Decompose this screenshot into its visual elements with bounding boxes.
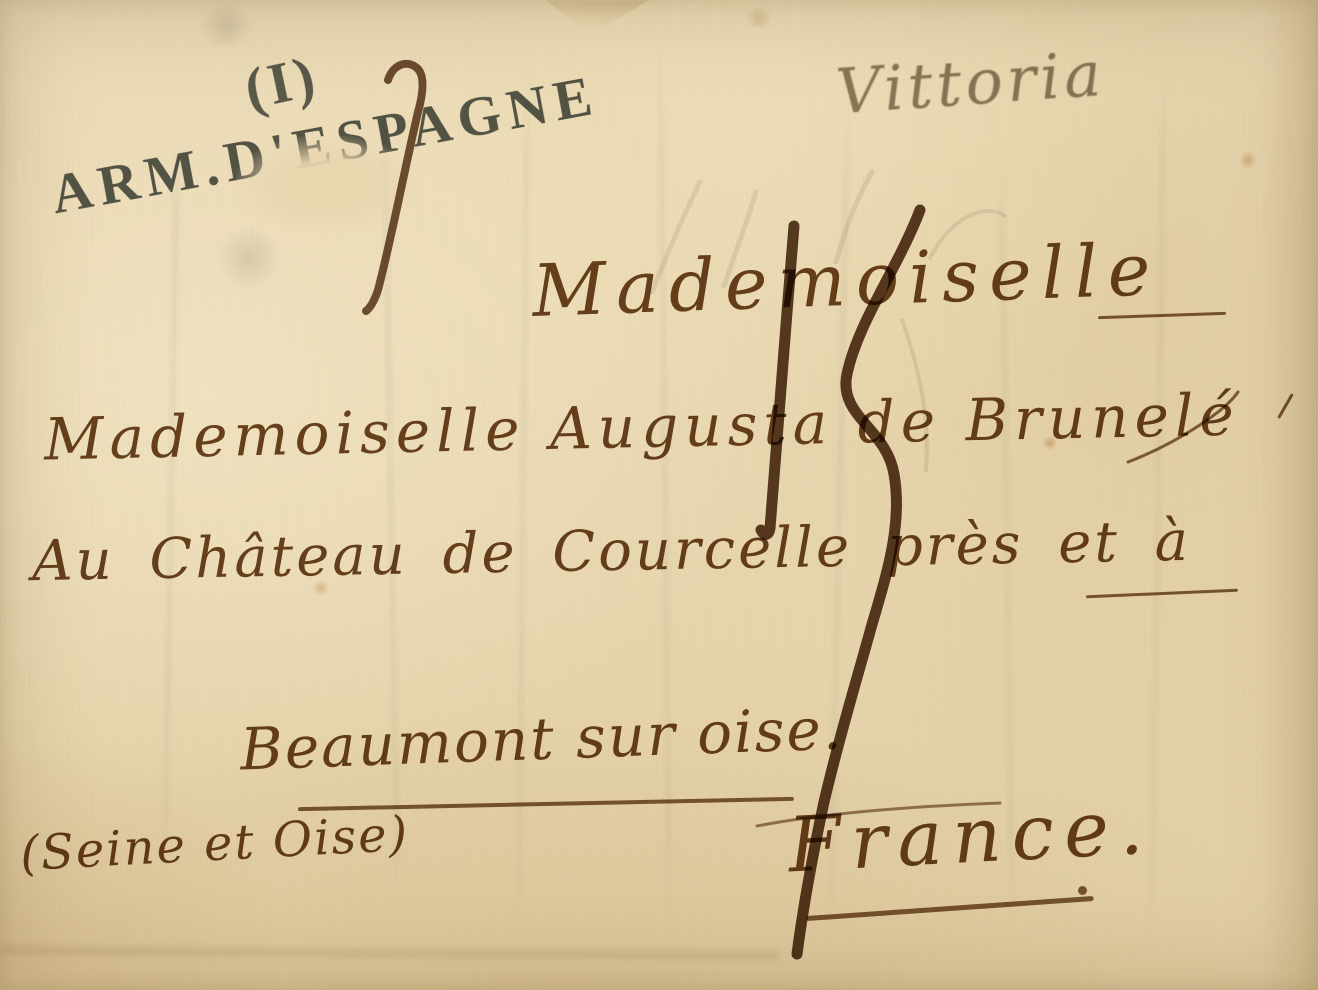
paper-tear-top [545,0,649,34]
address-country: France. [786,788,1155,883]
right-edge-shading [1260,0,1318,990]
address-salutation: Mademoiselle [531,233,1161,327]
country-underline [806,896,1094,921]
stain-spot [742,8,776,28]
origin-pencil-note: Vittoria [834,43,1107,124]
address-location-line: Au Château de Courcelle près et à [32,514,1192,590]
address-recipient: Mademoiselle Augusta de Brunelé [44,385,1241,468]
letter-cover-scan: (I) ARM.D'ESPAGNE Vittoria Mademoiselle … [0,0,1318,990]
address-town: Beaumont sur oise. [239,699,844,778]
country-underline-dot [1078,886,1087,895]
location-flourish-dash [1086,589,1238,599]
postmark-bureau-number: (I) [240,47,324,119]
bottom-crease [0,945,780,960]
stain-spot [1238,152,1258,168]
address-department: (Seine et Oise) [19,810,410,878]
postmark-worn-fade [236,136,416,236]
